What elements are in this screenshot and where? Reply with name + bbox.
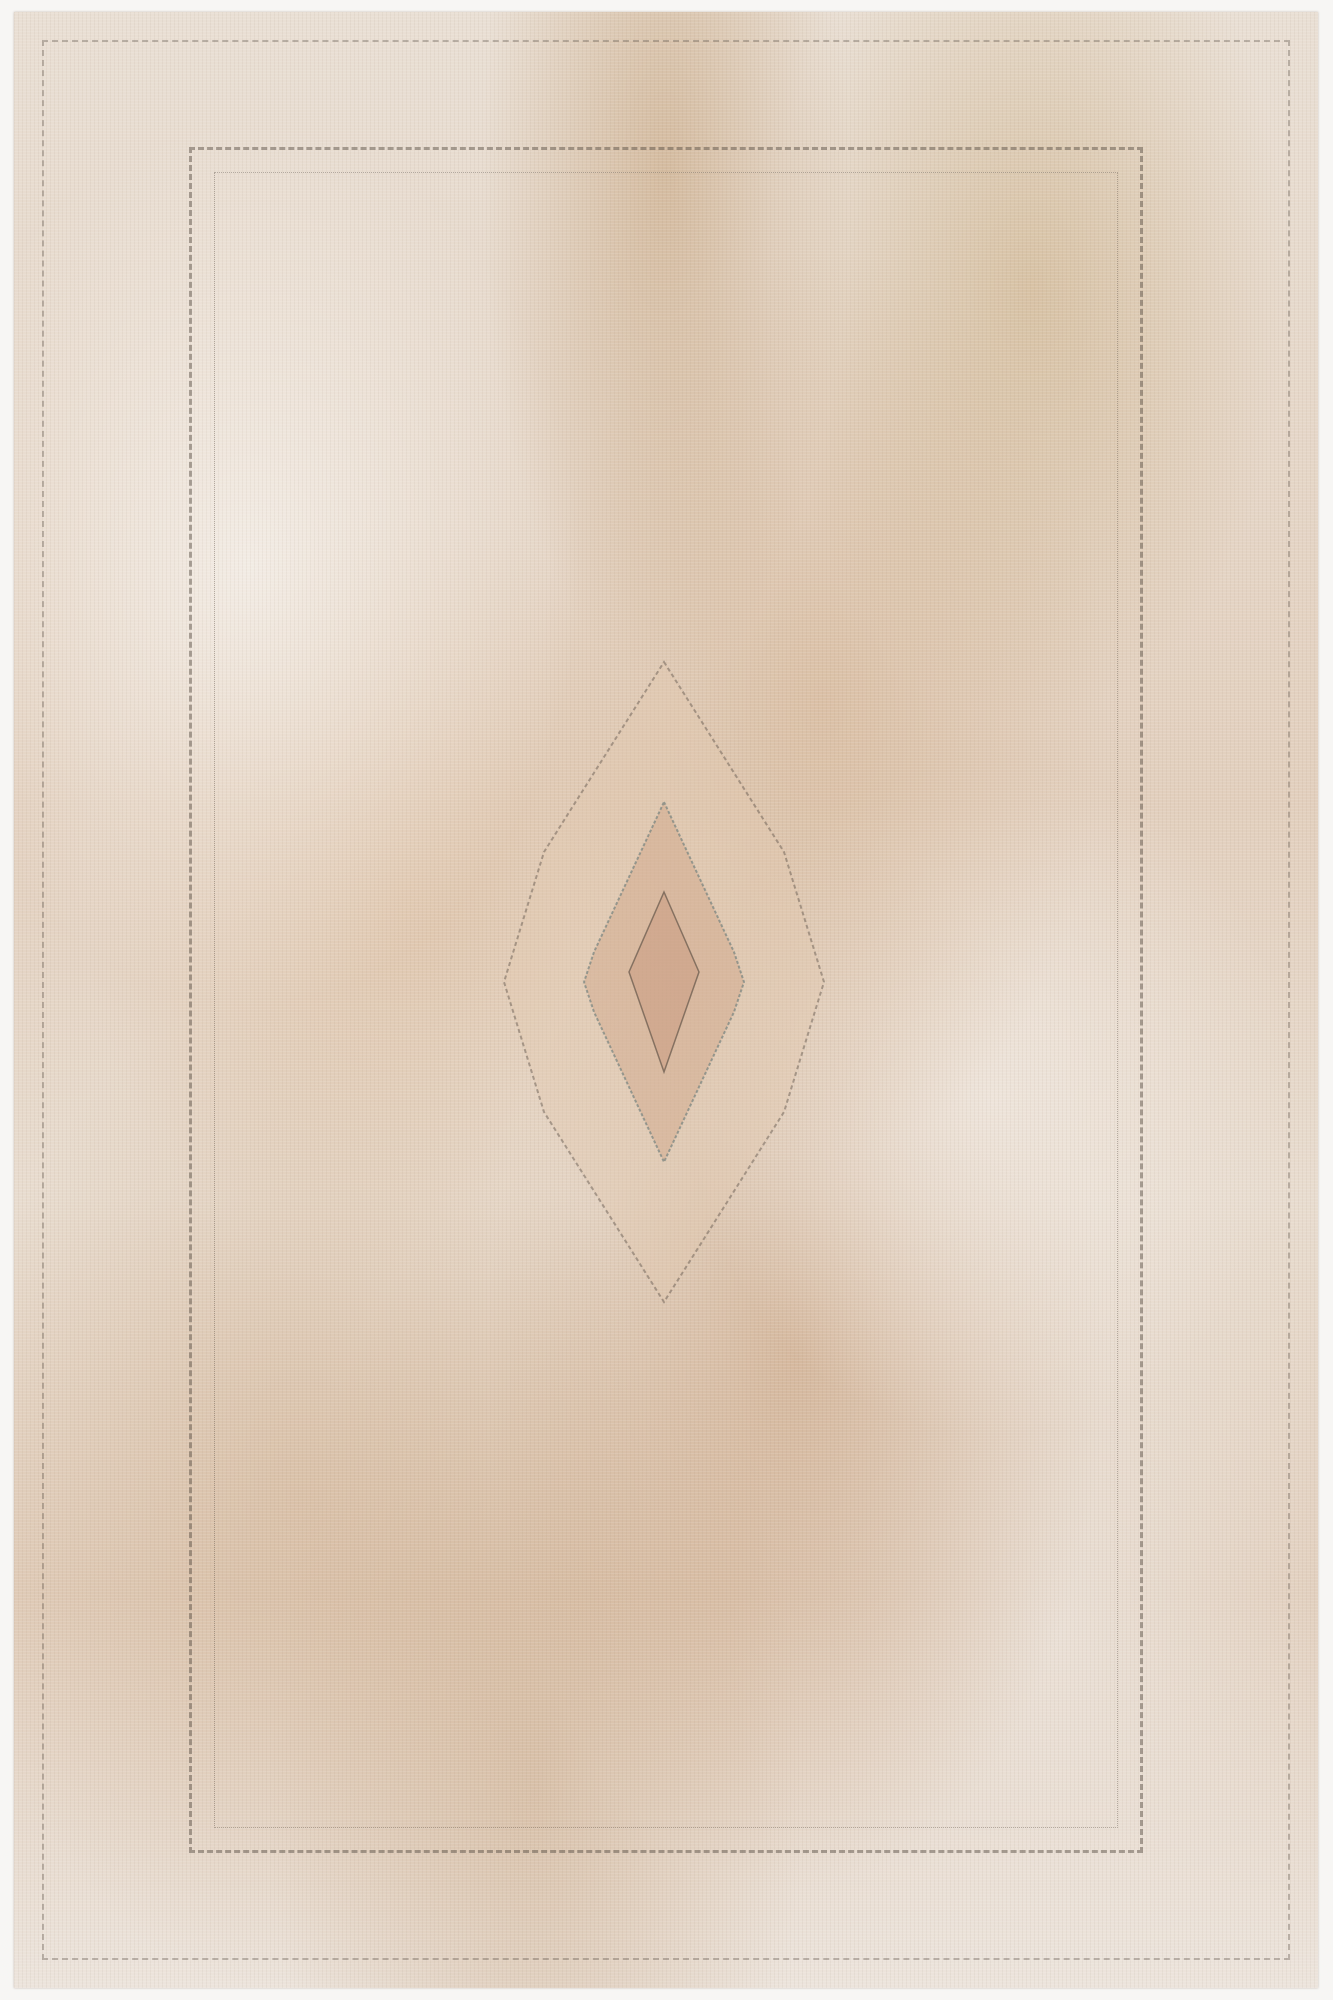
rug-center-medallion <box>484 652 844 1312</box>
rug <box>14 12 1318 1988</box>
